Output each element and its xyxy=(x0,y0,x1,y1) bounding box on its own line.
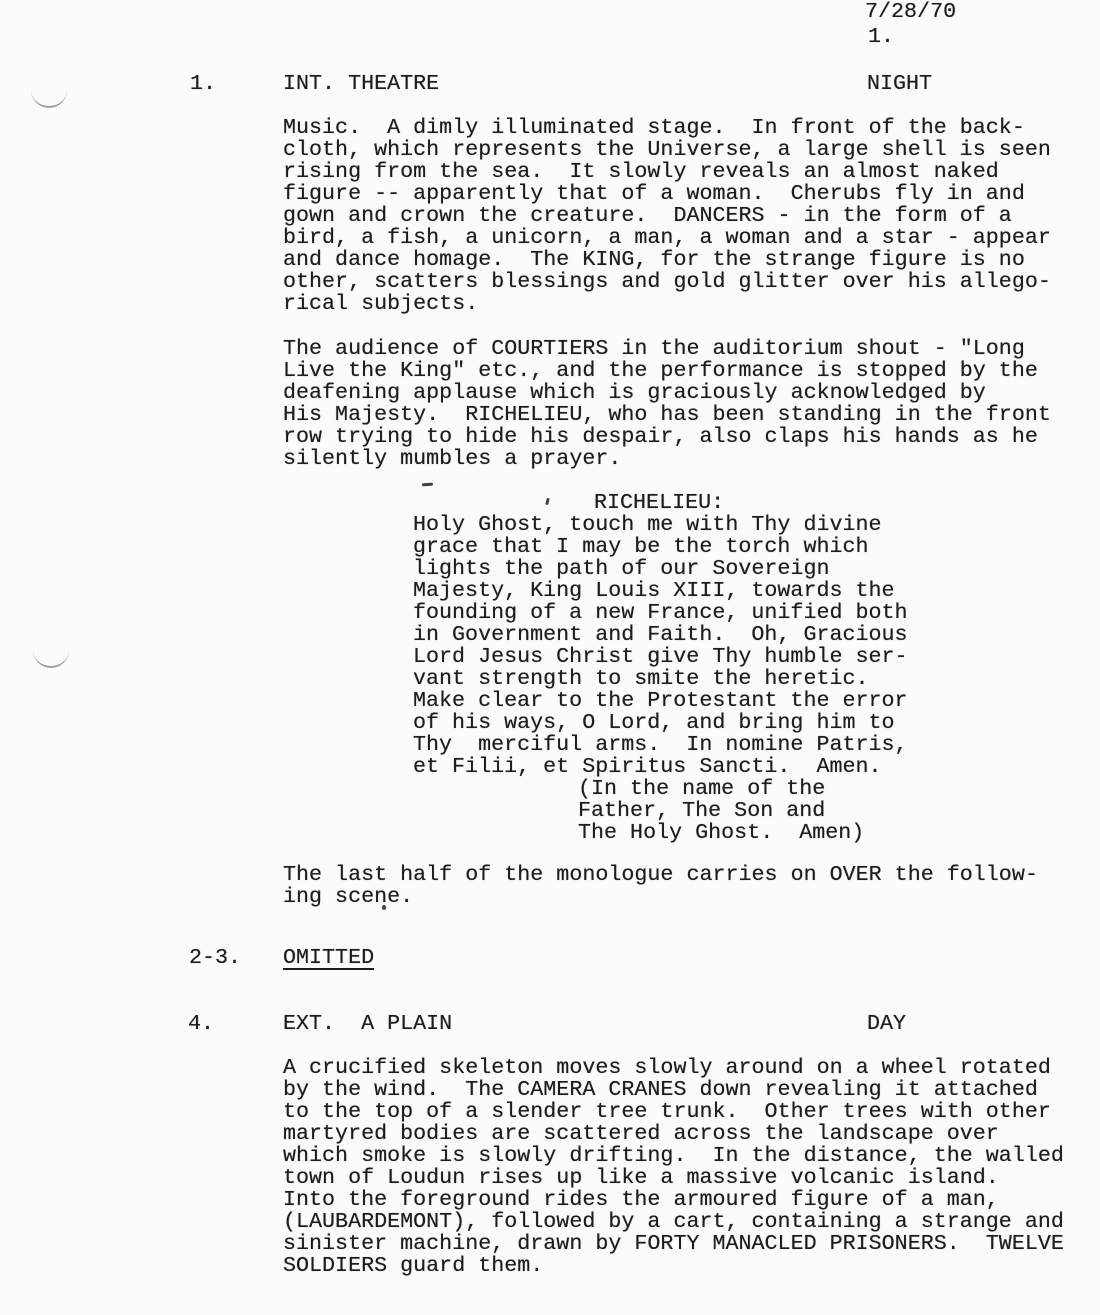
revision-date: 7/28/70 xyxy=(865,1,956,23)
ink-speck xyxy=(422,483,433,487)
character-cue: RICHELIEU: xyxy=(594,492,724,514)
action-paragraph: The last half of the monologue carries o… xyxy=(283,864,1038,908)
scene-heading: EXT. A PLAIN xyxy=(283,1013,452,1035)
parenthetical: (In the name of the Father, The Son and … xyxy=(578,778,864,844)
scene-number: 1. xyxy=(190,73,216,95)
ink-speck xyxy=(545,498,550,506)
script-page: 7/28/70 1. 1. INT. THEATRE NIGHT Music. … xyxy=(0,0,1100,1315)
ink-speck xyxy=(382,905,386,910)
scene-time: DAY xyxy=(867,1013,906,1035)
scene-heading: INT. THEATRE xyxy=(283,73,439,95)
action-paragraph: Music. A dimly illuminated stage. In fro… xyxy=(283,117,1051,315)
hole-punch-mark xyxy=(33,650,69,668)
dialogue-block: Holy Ghost, touch me with Thy divine gra… xyxy=(413,514,908,778)
scene-number: 4. xyxy=(188,1013,214,1035)
hole-punch-mark xyxy=(31,90,67,108)
omitted-scene-heading: OMITTED xyxy=(283,947,374,969)
scene-time: NIGHT xyxy=(867,73,932,95)
page-number: 1. xyxy=(868,26,894,48)
action-paragraph: The audience of COURTIERS in the auditor… xyxy=(283,338,1051,470)
scene-number: 2-3. xyxy=(189,947,241,969)
action-paragraph: A crucified skeleton moves slowly around… xyxy=(283,1057,1064,1277)
